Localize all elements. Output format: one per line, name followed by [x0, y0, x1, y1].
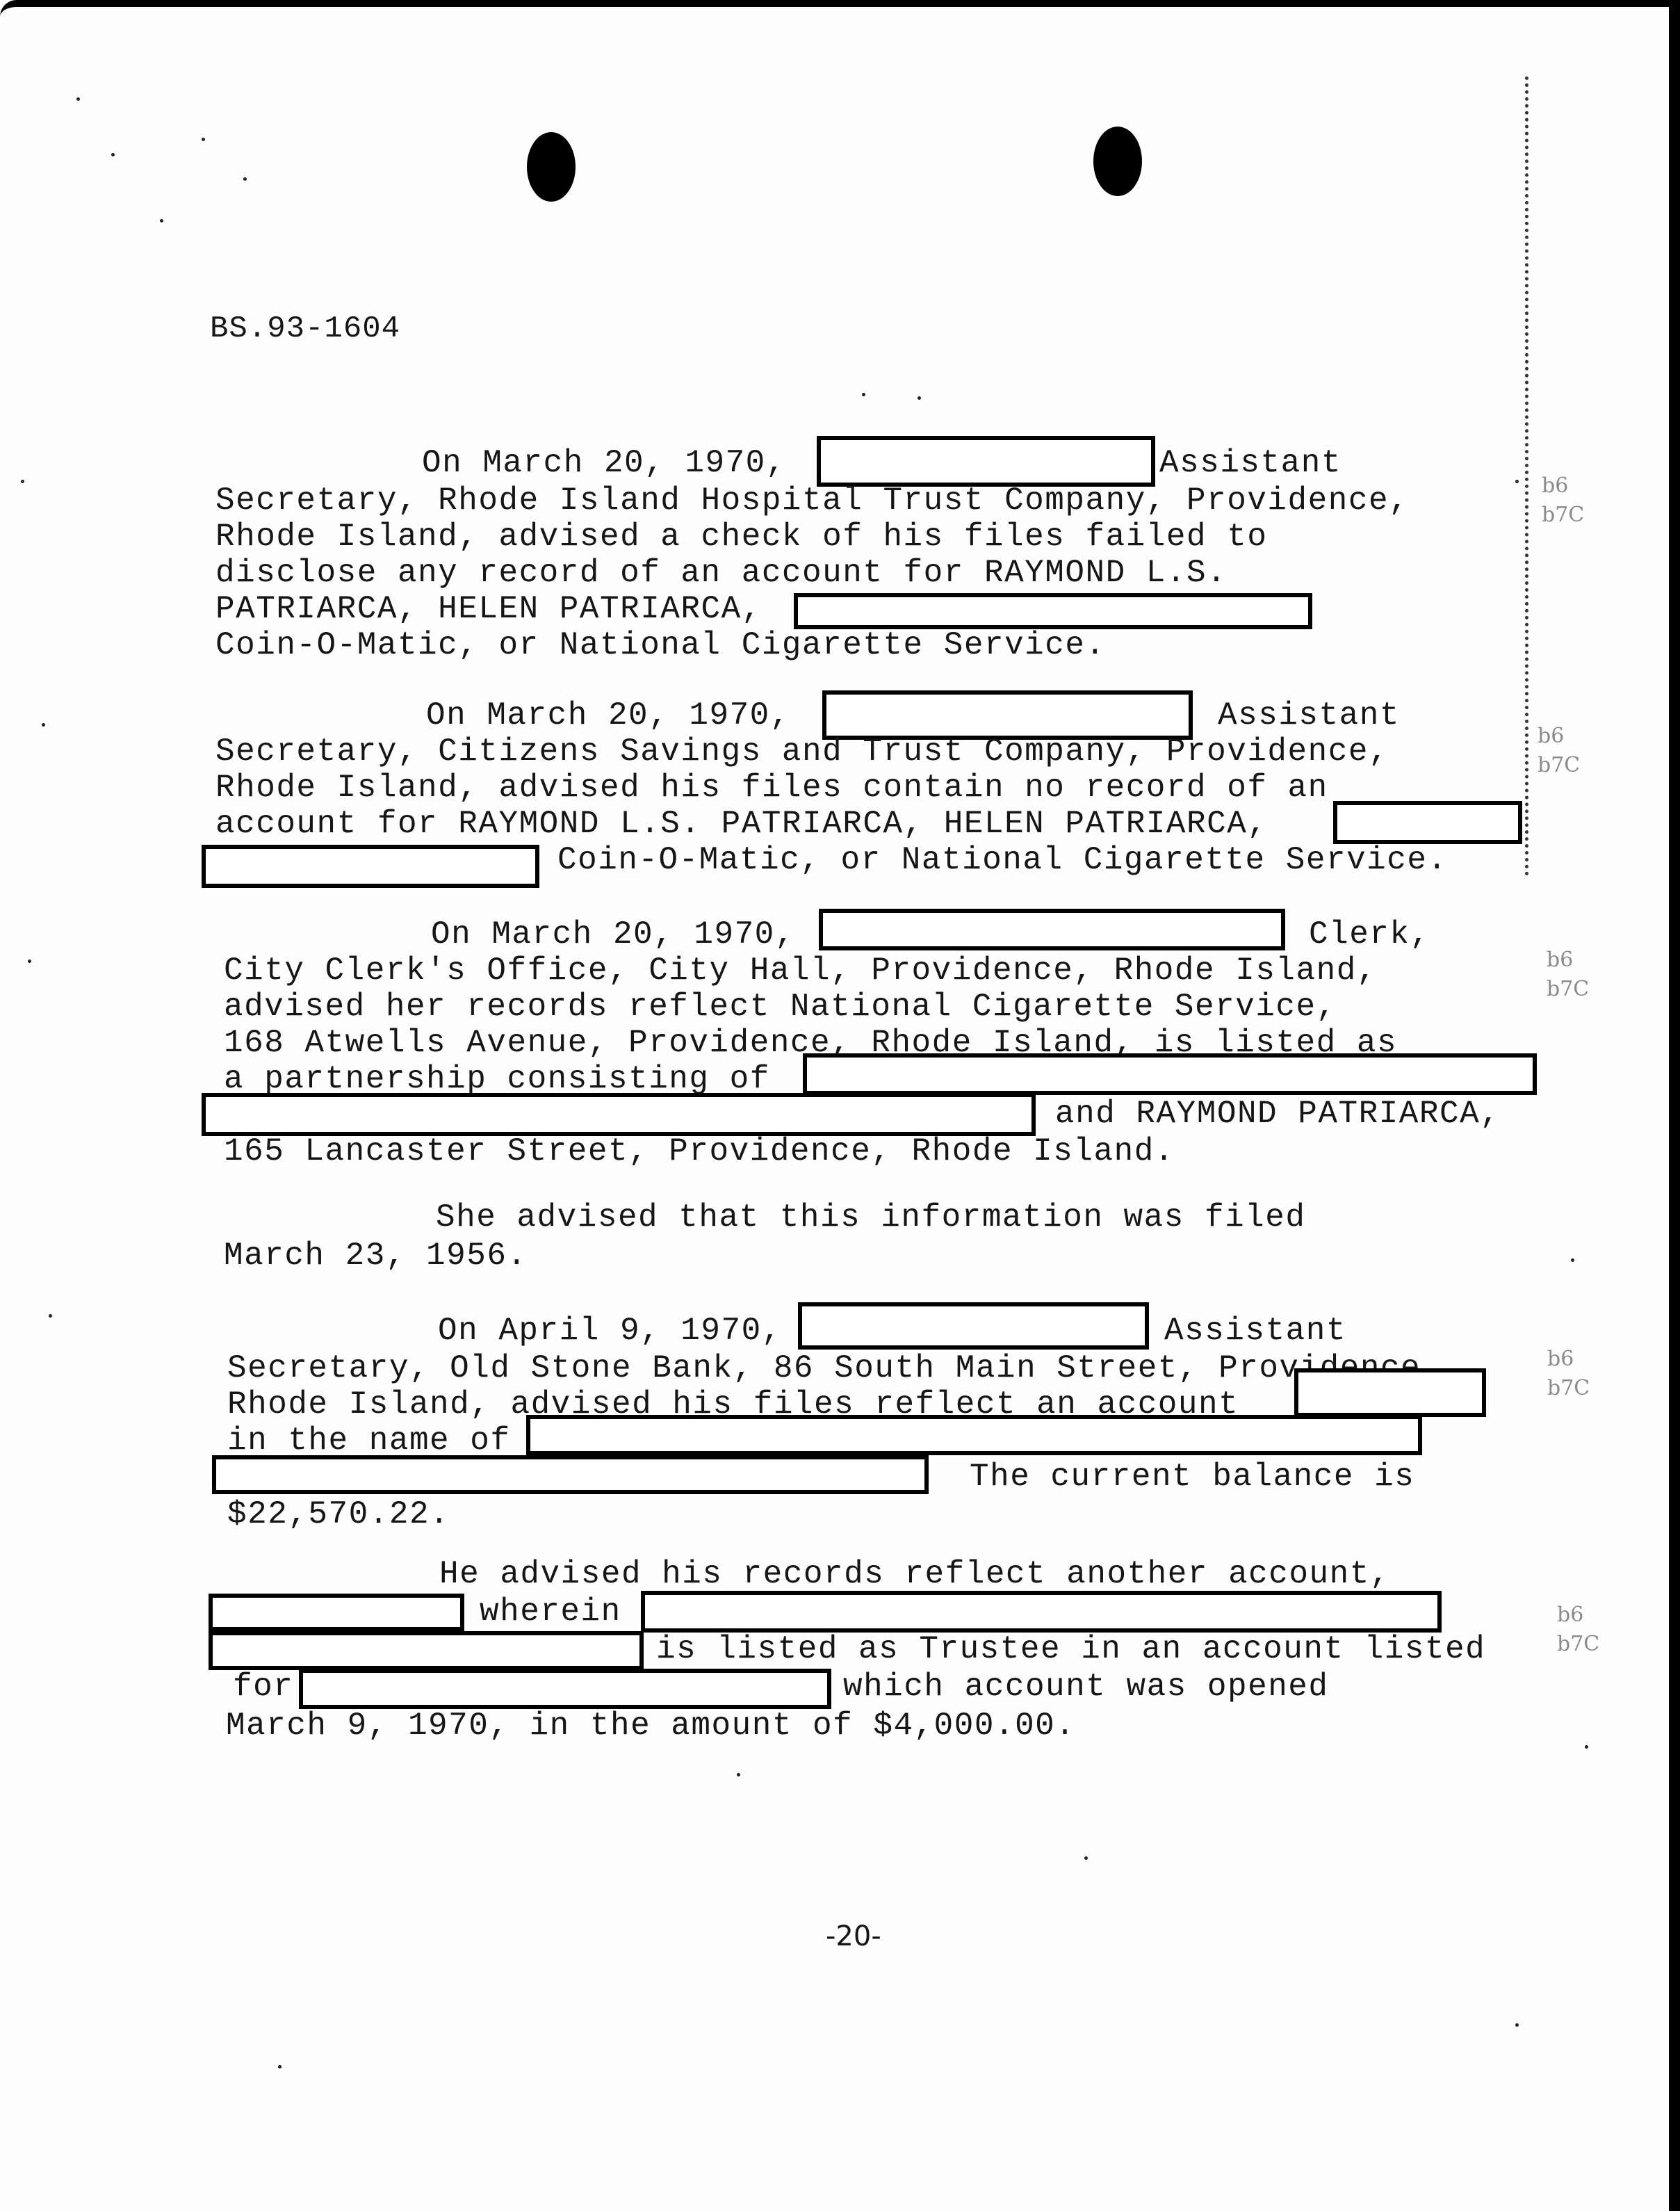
scan-speck	[1084, 1856, 1088, 1860]
p5-line: March 9, 1970, in the amount of $4,000.0…	[226, 1708, 1075, 1744]
exemption-code: b6	[1547, 1347, 1574, 1371]
redaction-box	[794, 593, 1312, 629]
redaction-box	[1333, 801, 1522, 844]
scan-speck	[918, 396, 921, 400]
scan-speck	[737, 1773, 740, 1776]
redaction-box	[641, 1591, 1442, 1633]
page-number: -20-	[826, 1920, 881, 1952]
scan-speck	[21, 480, 24, 483]
document-page: BS.93-1604 On March 20, 1970, Assistant …	[0, 0, 1680, 2211]
redaction-box	[209, 1594, 464, 1631]
p4-line: Assistant	[1164, 1313, 1346, 1349]
exemption-code: b6	[1557, 1603, 1583, 1627]
scan-speck	[243, 177, 247, 181]
scan-speck	[202, 138, 205, 141]
p3-line: On March 20, 1970,	[431, 916, 795, 953]
exemption-code: b6	[1547, 948, 1573, 972]
p1-line: Coin-O-Matic, or National Cigarette Serv…	[215, 627, 1106, 663]
p4-line: Secretary, Old Stone Bank, 86 South Main…	[227, 1350, 1441, 1386]
p3-line: City Clerk's Office, City Hall, Providen…	[224, 953, 1377, 989]
p1-line: Rhode Island, advised a check of his fil…	[215, 519, 1267, 555]
exemption-code: b7C	[1542, 503, 1584, 527]
redaction-box	[822, 690, 1193, 740]
redaction-box	[299, 1669, 831, 1709]
p2-line: Secretary, Citizens Savings and Trust Co…	[215, 734, 1389, 770]
p1-line: On March 20, 1970,	[422, 445, 786, 481]
p3b-line: She advised that this information was fi…	[436, 1199, 1306, 1236]
hole-punch-left	[527, 132, 576, 202]
redaction-box	[202, 845, 539, 888]
redaction-box	[202, 1093, 1036, 1136]
scan-speck	[1515, 2023, 1519, 2027]
p3-line: advised her records reflect National Cig…	[224, 989, 1337, 1025]
scan-speck	[278, 2065, 282, 2068]
exemption-code: b6	[1538, 724, 1564, 748]
p3-line: and RAYMOND PATRIARCA,	[1055, 1096, 1500, 1132]
p5-line: for	[233, 1669, 293, 1705]
p3-line: a partnership consisting of	[224, 1061, 770, 1097]
redaction-box	[1294, 1368, 1486, 1417]
redaction-box	[819, 909, 1285, 950]
exemption-code: b7C	[1557, 1633, 1599, 1656]
scan-speck	[1571, 1258, 1574, 1262]
p2-line: Rhode Island, advised his files contain …	[215, 770, 1328, 806]
scan-speck	[111, 153, 115, 156]
scan-speck	[28, 959, 31, 963]
p4-line: The current balance is	[970, 1459, 1414, 1495]
file-number: BS.93-1604	[210, 311, 400, 346]
p3-line: 165 Lancaster Street, Providence, Rhode …	[224, 1133, 1175, 1169]
p5-line: is listed as Trustee in an account liste…	[656, 1631, 1485, 1667]
p5-line: wherein	[480, 1594, 621, 1630]
p2-line: Assistant	[1218, 697, 1400, 734]
exemption-code: b7C	[1547, 1377, 1590, 1400]
redaction-box	[803, 1053, 1537, 1095]
redaction-box	[212, 1455, 929, 1494]
exemption-code: b7C	[1547, 978, 1589, 1001]
redaction-box	[798, 1302, 1149, 1350]
scan-speck	[49, 1314, 52, 1318]
margin-bracket	[1525, 76, 1528, 876]
current-balance: $22,570.22.	[227, 1496, 450, 1532]
p4-line: On April 9, 1970,	[438, 1313, 782, 1349]
exemption-code: b6	[1542, 474, 1568, 498]
scan-speck	[1585, 1745, 1588, 1749]
hole-punch-right	[1093, 127, 1142, 196]
p5-line: He advised his records reflect another a…	[439, 1556, 1390, 1592]
p3-line: Clerk,	[1309, 916, 1430, 953]
scan-speck	[862, 393, 865, 396]
p5-line: which account was opened	[843, 1669, 1329, 1705]
scan-speck	[1515, 480, 1519, 483]
p1-line: PATRIARCA, HELEN PATRIARCA,	[215, 591, 762, 627]
p2-line: account for RAYMOND L.S. PATRIARCA, HELE…	[215, 806, 1267, 842]
redaction-box	[526, 1415, 1422, 1455]
scan-speck	[160, 219, 163, 222]
p1-line: Assistant	[1159, 445, 1341, 481]
p1-line: disclose any record of an account for RA…	[215, 555, 1227, 591]
p2-line: On March 20, 1970,	[426, 697, 790, 734]
redaction-box	[209, 1631, 644, 1670]
scan-speck	[42, 723, 45, 727]
redaction-box	[817, 436, 1155, 487]
p3b-line: March 23, 1956.	[224, 1238, 528, 1274]
exemption-code: b7C	[1538, 754, 1580, 777]
p2-line: Coin-O-Matic, or National Cigarette Serv…	[557, 842, 1448, 878]
p4-line: in the name of	[227, 1423, 510, 1459]
p1-line: Secretary, Rhode Island Hospital Trust C…	[215, 483, 1409, 519]
scan-speck	[76, 97, 80, 101]
